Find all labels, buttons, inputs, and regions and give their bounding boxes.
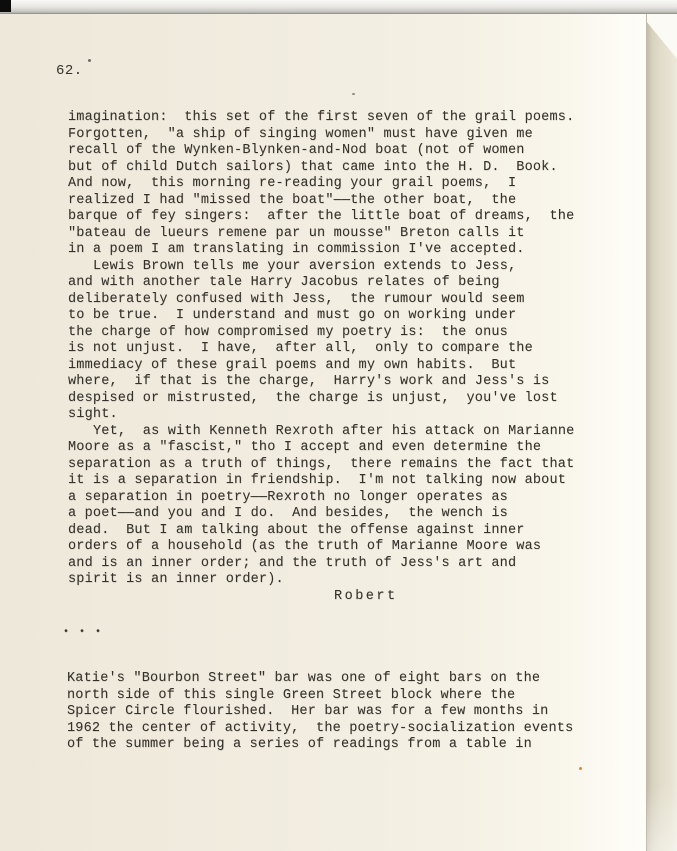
text-line: where, if that is the charge, Harry's wo… xyxy=(68,374,574,391)
page-edge xyxy=(646,14,677,851)
scanned-book-page: 62. imagination: this set of the first s… xyxy=(0,0,677,851)
scan-corner-artifact xyxy=(0,0,11,12)
letter-paragraph-2: Lewis Brown tells me your aversion exten… xyxy=(68,259,574,424)
text-line: despised or mistrusted, the charge is un… xyxy=(68,391,574,408)
text-line: orders of a household (as the truth of M… xyxy=(68,539,574,556)
text-line: is not unjust. I have, after all, only t… xyxy=(68,341,574,358)
text-line: but of child Dutch sailors) that came in… xyxy=(68,160,574,177)
text-line: recall of the Wynken-Blynken-and-Nod boa… xyxy=(68,143,574,160)
text-line: Katie's "Bourbon Street" bar was one of … xyxy=(67,671,573,688)
text-line: to be true. I understand and must go on … xyxy=(68,308,574,325)
text-line: Yet, as with Kenneth Rexroth after his a… xyxy=(68,424,574,441)
text-line: north side of this single Green Street b… xyxy=(67,688,573,705)
text-line: sight. xyxy=(68,407,574,424)
section-separator-dots: • • • xyxy=(63,626,103,640)
text-line: and with another tale Harry Jacobus rela… xyxy=(68,275,574,292)
ink-speck xyxy=(88,59,91,62)
book-page: 62. imagination: this set of the first s… xyxy=(0,14,646,851)
letter-paragraph-3: Yet, as with Kenneth Rexroth after his a… xyxy=(68,424,574,589)
text-line: dead. But I am talking about the offense… xyxy=(68,523,574,540)
page-corner xyxy=(647,14,677,60)
letter-body: imagination: this set of the first seven… xyxy=(68,110,574,605)
commentary-paragraph: Katie's "Bourbon Street" bar was one of … xyxy=(67,671,573,754)
text-line: deliberately confused with Jess, the rum… xyxy=(68,292,574,309)
ink-speck xyxy=(352,93,355,95)
text-line: the charge of how compromised my poetry … xyxy=(68,325,574,342)
text-line: And now, this morning re-reading your gr… xyxy=(68,176,574,193)
text-line: Moore as a "fascist," tho I accept and e… xyxy=(68,440,574,457)
text-line: a poet——and you and I do. And besides, t… xyxy=(68,506,574,523)
text-line: Lewis Brown tells me your aversion exten… xyxy=(68,259,574,276)
letter-signature: Robert xyxy=(334,589,574,606)
text-line: of the summer being a series of readings… xyxy=(67,737,573,754)
text-line: and is an inner order; and the truth of … xyxy=(68,556,574,573)
page-number: 62. xyxy=(56,63,83,80)
ink-speck xyxy=(579,767,582,770)
scanner-background-strip xyxy=(0,0,677,14)
text-line: 1962 the center of activity, the poetry-… xyxy=(67,721,573,738)
text-line: "bateau de lueurs remene par un mousse" … xyxy=(68,226,574,243)
text-line: spirit is an inner order). xyxy=(68,572,574,589)
text-line: Forgotten, "a ship of singing women" mus… xyxy=(68,127,574,144)
text-line: imagination: this set of the first seven… xyxy=(68,110,574,127)
text-line: Spicer Circle flourished. Her bar was fo… xyxy=(67,704,573,721)
text-line: immediacy of these grail poems and my ow… xyxy=(68,358,574,375)
text-line: a separation in poetry——Rexroth no longe… xyxy=(68,490,574,507)
text-line: it is a separation in friendship. I'm no… xyxy=(68,473,574,490)
text-line: realized I had "missed the boat"——the ot… xyxy=(68,193,574,210)
text-line: separation as a truth of things, there r… xyxy=(68,457,574,474)
text-line: barque of fey singers: after the little … xyxy=(68,209,574,226)
text-line: in a poem I am translating in commission… xyxy=(68,242,574,259)
letter-paragraph-1: imagination: this set of the first seven… xyxy=(68,110,574,259)
